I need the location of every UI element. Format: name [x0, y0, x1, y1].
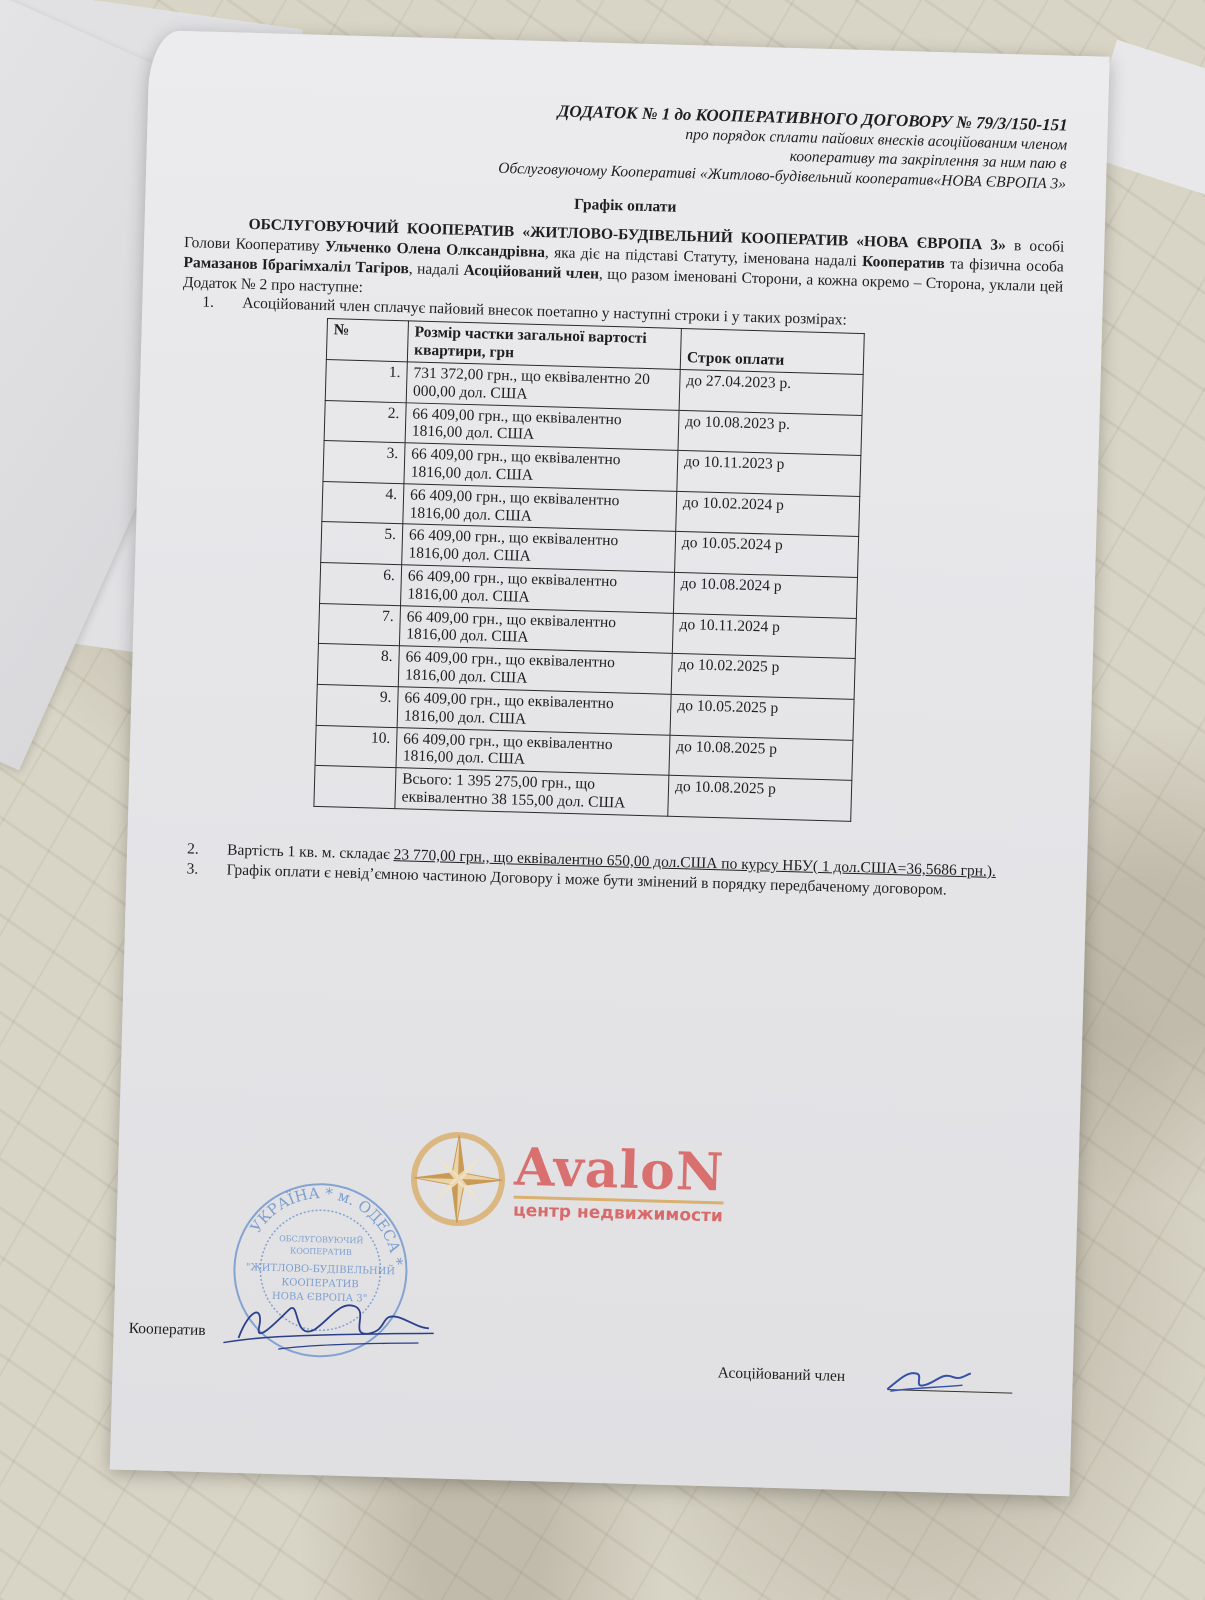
list-number: 3.	[166, 858, 227, 879]
row-due-date: до 10.05.2024 р	[675, 532, 859, 578]
chair-name: Ульченко Олена Олксандрівна	[325, 238, 546, 261]
row-number: 1.	[325, 359, 407, 402]
header-due-date: Строк оплати	[680, 329, 864, 375]
signature-member	[882, 1361, 973, 1398]
row-number: 2.	[324, 400, 406, 443]
document-page: ДОДАТОК № 1 до КООПЕРАТИВНОГО ДОГОВОРУ №…	[110, 30, 1110, 1496]
preamble-text: , надалі	[409, 260, 464, 279]
row-number: 3.	[323, 441, 405, 484]
row-number	[314, 766, 396, 809]
row-due-date: до 10.08.2023 р.	[678, 410, 862, 456]
row-due-date: до 10.11.2023 р	[677, 451, 861, 497]
party-cooperative: Кооператив	[862, 253, 945, 272]
svg-text:"ЖИТЛОВО-БУДІВЕЛЬНИЙ: "ЖИТЛОВО-БУДІВЕЛЬНИЙ	[246, 1261, 396, 1277]
signature-label-cooperative: Кооператив	[128, 1320, 205, 1340]
row-due-date: до 10.02.2024 р	[676, 491, 860, 537]
row-amount: Всього: 1 395 275,00 грн., що еквівалент…	[395, 768, 669, 816]
row-due-date: до 10.08.2024 р	[673, 572, 857, 618]
svg-text:КООПЕРАТИВ: КООПЕРАТИВ	[281, 1277, 358, 1290]
party-member: Асоційований член	[463, 262, 599, 283]
row-due-date: до 10.08.2025 р	[668, 775, 852, 821]
brand-tagline: центр недвижимости	[513, 1200, 724, 1226]
row-number: 4.	[322, 481, 404, 524]
svg-text:КООПЕРАТИВ: КООПЕРАТИВ	[290, 1246, 352, 1257]
row-number: 7.	[318, 603, 400, 646]
row-number: 8.	[317, 644, 399, 687]
brand-name: AvaloN	[514, 1141, 726, 1204]
row-due-date: до 10.05.2025 р	[670, 694, 854, 740]
payment-schedule-table: № Розмір частки загальної вартості кварт…	[313, 318, 864, 821]
row-due-date: до 10.02.2025 р	[671, 654, 855, 700]
row-due-date: до 10.08.2025 р	[669, 735, 853, 781]
row-due-date: до 10.11.2024 р	[672, 613, 856, 659]
price-label: Вартість 1 кв. м. складає	[227, 841, 394, 863]
row-number: 10.	[315, 725, 397, 768]
header-number: №	[326, 319, 408, 362]
compass-star-icon	[407, 1128, 510, 1231]
row-number: 5.	[321, 522, 403, 565]
list-number: 1.	[182, 292, 243, 313]
signature-label-member: Асоційований член	[717, 1364, 845, 1386]
row-number: 9.	[316, 684, 398, 727]
avalon-watermark: AvaloN центр недвижимости	[407, 1128, 726, 1237]
list-number: 2.	[167, 839, 228, 860]
signature-cooperative	[218, 1287, 440, 1363]
row-due-date: до 27.04.2023 р.	[679, 369, 863, 415]
row-number: 6.	[320, 562, 402, 605]
preamble-text: та фізична особа	[945, 255, 1064, 275]
svg-text:ОБСЛУГОВУЮЧИЙ: ОБСЛУГОВУЮЧИЙ	[279, 1234, 363, 1245]
